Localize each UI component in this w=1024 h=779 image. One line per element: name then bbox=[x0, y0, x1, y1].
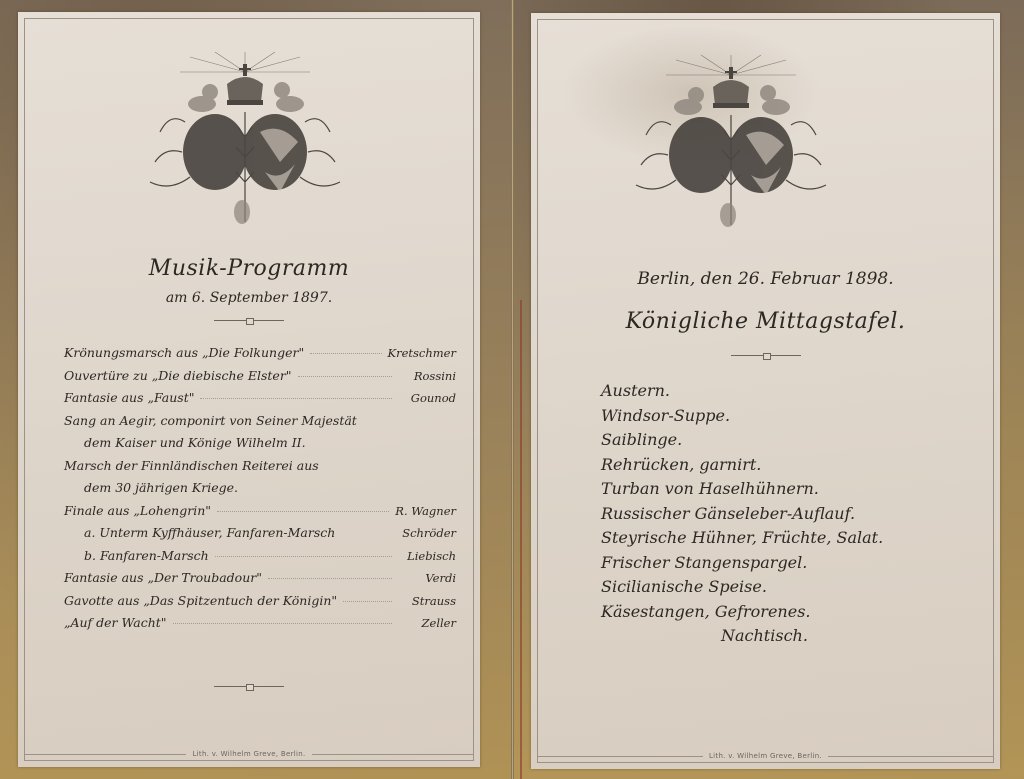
menu-course: Turban von Haselhühnern. bbox=[601, 479, 961, 504]
menu-course: Nachtisch. bbox=[601, 626, 961, 651]
ornamental-divider bbox=[731, 353, 801, 358]
menu-course: Steyrische Hühner, Früchte, Salat. bbox=[601, 528, 961, 553]
printer-imprint: Lith. v. Wilhelm Greve, Berlin. bbox=[18, 748, 480, 760]
page-title: Königliche Mittagstafel. bbox=[531, 309, 1000, 334]
printer-imprint: Lith. v. Wilhelm Greve, Berlin. bbox=[531, 750, 1000, 762]
menu-course: Austern. bbox=[601, 381, 961, 406]
menu-course: Windsor-Suppe. bbox=[601, 406, 961, 431]
menu-course: Rehrücken, garnirt. bbox=[601, 455, 961, 480]
programme-item-continued: dem 30 jährigen Kriege. bbox=[64, 480, 456, 503]
page-title: Musik-Programm bbox=[18, 256, 480, 281]
composer: Liebisch bbox=[398, 549, 456, 563]
programme-item: „Auf der Wacht" Zeller bbox=[64, 615, 456, 638]
composer: Rossini bbox=[398, 369, 456, 383]
programme-list: Krönungsmarsch aus „Die Folkunger" Krets… bbox=[64, 345, 456, 638]
programme-item: a. Unterm Kyffhäuser, Fanfaren-Marsch Sc… bbox=[64, 525, 456, 548]
place-and-date: Berlin, den 26. Februar 1898. bbox=[531, 269, 1000, 289]
programme-item: Ouvertüre zu „Die diebische Elster" Ross… bbox=[64, 368, 456, 391]
frame-spine bbox=[511, 0, 514, 779]
crown-crest-icon bbox=[130, 52, 360, 232]
menu-course: Frischer Stangenspargel. bbox=[601, 553, 961, 578]
menu-course: Russischer Gänseleber-Auflauf. bbox=[601, 504, 961, 529]
programme-item: Marsch der Finnländischen Reiterei aus bbox=[64, 458, 456, 481]
spine-edge bbox=[520, 300, 522, 779]
programme-item: Krönungsmarsch aus „Die Folkunger" Krets… bbox=[64, 345, 456, 368]
programme-item: Gavotte aus „Das Spitzentuch der Königin… bbox=[64, 593, 456, 616]
composer: Kretschmer bbox=[388, 346, 456, 360]
programme-item-continued: dem Kaiser und Könige Wilhelm II. bbox=[64, 435, 456, 458]
menu-page: Berlin, den 26. Februar 1898. Königliche… bbox=[531, 13, 1000, 769]
composer: Verdi bbox=[398, 571, 456, 585]
programme-item: Finale aus „Lohengrin" R. Wagner bbox=[64, 503, 456, 526]
programme-item: Sang an Aegir, componirt von Seiner Maje… bbox=[64, 413, 456, 436]
programme-item: Fantasie aus „Faust" Gounod bbox=[64, 390, 456, 413]
menu-course: Käsestangen, Gefrorenes. bbox=[601, 602, 961, 627]
composer: Strauss bbox=[398, 594, 456, 608]
menu-courses: Austern. Windsor-Suppe. Saiblinge. Rehrü… bbox=[601, 381, 961, 651]
music-programme-page: Musik-Programm am 6. September 1897. Krö… bbox=[18, 12, 480, 767]
composer: Gounod bbox=[398, 391, 456, 405]
programme-item: b. Fanfaren-Marsch Liebisch bbox=[64, 548, 456, 571]
ornamental-divider bbox=[214, 684, 284, 689]
crown-crest-icon bbox=[616, 55, 846, 235]
composer: Zeller bbox=[398, 616, 456, 630]
programme-item: Fantasie aus „Der Troubadour" Verdi bbox=[64, 570, 456, 593]
ornamental-divider bbox=[214, 318, 284, 323]
composer: R. Wagner bbox=[395, 504, 456, 518]
composer: Schröder bbox=[398, 526, 456, 540]
programme-date: am 6. September 1897. bbox=[18, 290, 480, 306]
menu-course: Sicilianische Speise. bbox=[601, 577, 961, 602]
menu-course: Saiblinge. bbox=[601, 430, 961, 455]
